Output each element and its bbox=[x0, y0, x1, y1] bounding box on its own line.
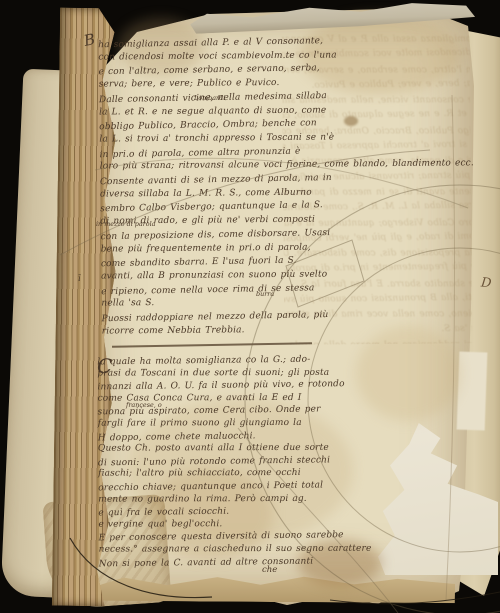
margin-letter-d-next-leaf: D bbox=[480, 275, 492, 291]
interlinear-note: burra bbox=[256, 290, 274, 298]
margin-tick: ī bbox=[78, 274, 81, 283]
margin-letter-c: C bbox=[97, 354, 112, 378]
interlinear-note: francese, o bbox=[126, 401, 162, 409]
section-c-text: la quale ha molta somiglianza co la G.; … bbox=[97, 353, 460, 570]
manuscript-line: ricorre come Nebbia Trebbia. bbox=[102, 322, 454, 339]
interlinear-note: Lombardi bbox=[194, 94, 225, 102]
interlinear-note: in mezzo di parola bbox=[96, 220, 155, 228]
fore-edge-repair-strip bbox=[457, 352, 488, 431]
section-b-text: ha somiglianza assai alla P. e al V cons… bbox=[98, 34, 454, 340]
photo-background: { "colors": { "background": "#0b0906", "… bbox=[0, 0, 500, 613]
catchword: che bbox=[262, 565, 277, 575]
